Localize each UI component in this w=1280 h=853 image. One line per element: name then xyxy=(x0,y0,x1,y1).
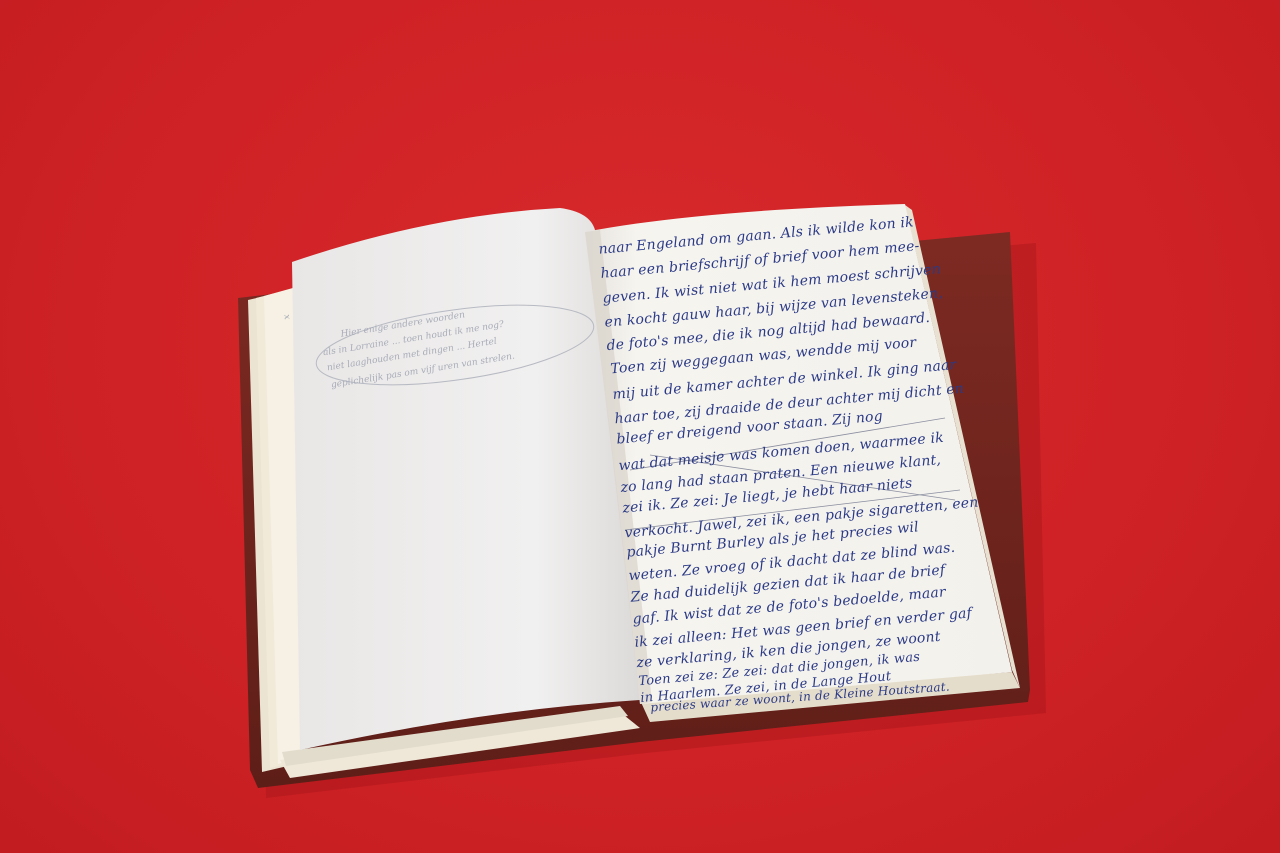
notebook-illustration xyxy=(0,0,1280,853)
left-page xyxy=(292,208,640,750)
photo-scene: Hier enige andere woorden als in Lorrain… xyxy=(0,0,1280,853)
